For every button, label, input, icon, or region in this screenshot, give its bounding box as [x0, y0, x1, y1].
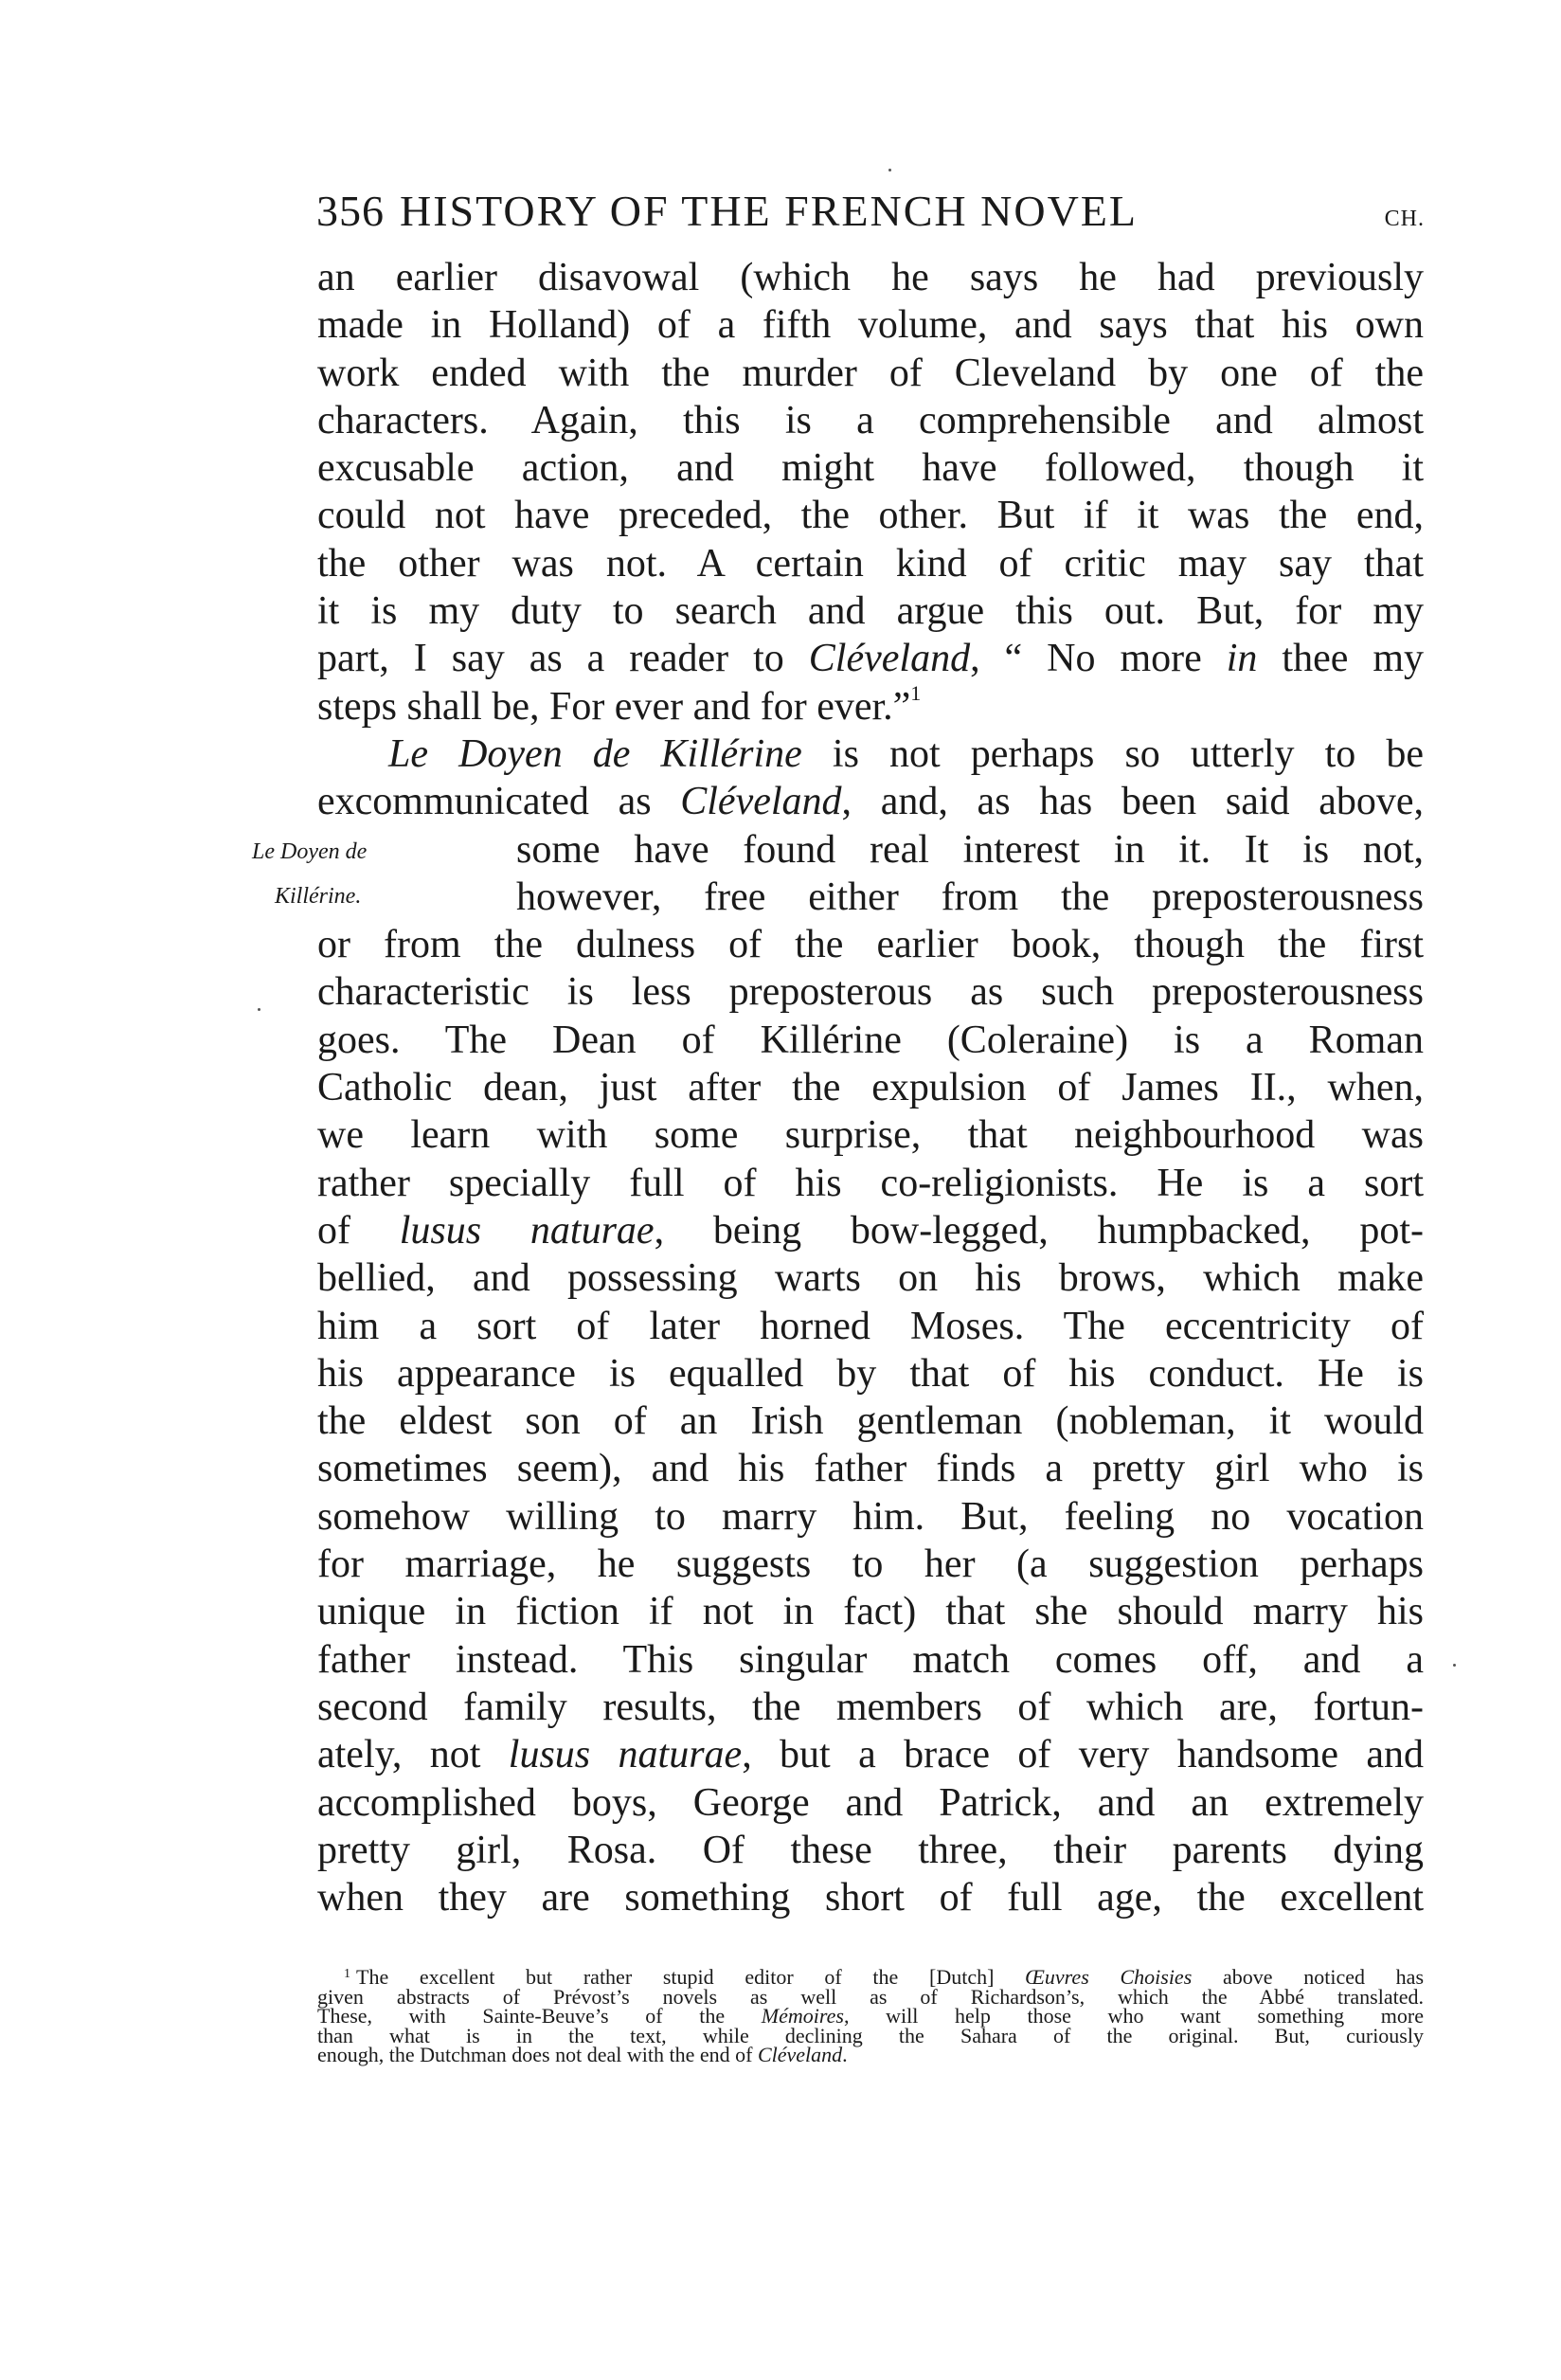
- body-line: we learn with some surprise, that neighb…: [317, 1111, 1424, 1159]
- body-line: Catholic dean, just after the expulsion …: [317, 1064, 1424, 1111]
- body-line: steps shall be, For ever and for ever.”1: [317, 683, 1424, 730]
- body-line: when they are something short of full ag…: [317, 1874, 1424, 1921]
- body-line: excommunicated as Cléveland, and, as has…: [317, 778, 1424, 825]
- body-line: part, I say as a reader to Cléveland, “ …: [317, 635, 1424, 682]
- text-run: ately, not: [317, 1733, 509, 1776]
- body-line: his appearance is equalled by that of hi…: [317, 1350, 1424, 1397]
- text-run: enough, the Dutchman does not deal with …: [317, 2043, 758, 2066]
- sidenote-line-1: Le Doyen de: [252, 839, 367, 865]
- footnote-reference[interactable]: 1: [910, 681, 921, 705]
- text-run: steps shall be, For ever and for ever.”: [317, 685, 910, 729]
- print-speck: [888, 169, 891, 171]
- body-line: rather specially full of his co-religion…: [317, 1160, 1424, 1207]
- text-run: part, I say as a reader to: [317, 637, 809, 680]
- body-line: accomplished boys, George and Patrick, a…: [317, 1779, 1424, 1827]
- body-line: pretty girl, Rosa. Of these three, their…: [317, 1827, 1424, 1874]
- body-line: made in Holland) of a fifth volume, and …: [317, 301, 1424, 349]
- body-line: Le Doyen de Killérine is not perhaps so …: [317, 730, 1424, 778]
- italic-title: Cléveland: [680, 780, 841, 823]
- body-text: an earlier disavowal (which he says he h…: [317, 254, 1424, 1921]
- body-line: or from the dulness of the earlier book,…: [317, 921, 1424, 968]
- footnote: 1The excellent but rather stupid editor …: [317, 1968, 1424, 2065]
- running-head: 356 HISTORY OF THE FRENCH NOVEL CH.: [316, 186, 1425, 243]
- body-line: characteristic is less preposterous as s…: [317, 968, 1424, 1016]
- text-run: , and, as has been said above,: [842, 780, 1424, 823]
- body-line: could not have preceded, the other. But …: [317, 492, 1424, 539]
- body-line: characters. Again, this is a comprehensi…: [317, 397, 1424, 444]
- text-run: , but a brace of very handsome and: [742, 1733, 1424, 1776]
- body-line: bellied, and possessing warts on his bro…: [317, 1254, 1424, 1302]
- text-run: excommunicated as: [317, 780, 680, 823]
- footnote-mark: 1: [344, 1967, 350, 1981]
- body-line: some have found real interest in it. It …: [317, 826, 1424, 874]
- body-line: sometimes seem), and his father finds a …: [317, 1445, 1424, 1492]
- chapter-abbreviation: CH.: [1385, 207, 1425, 232]
- book-title: HISTORY OF THE FRENCH NOVEL: [400, 186, 1138, 236]
- footnote-line: enough, the Dutchman does not deal with …: [317, 2046, 1424, 2065]
- italic-title: Cléveland: [809, 637, 970, 680]
- text-run: .: [842, 2043, 848, 2066]
- body-line: him a sort of later horned Moses. The ec…: [317, 1303, 1424, 1350]
- text-run: is not perhaps so utterly to be: [802, 732, 1424, 776]
- text-run: , being bow-legged, humpbacked, pot-: [655, 1209, 1424, 1253]
- print-speck: [1453, 1664, 1456, 1667]
- text-run: thee my: [1257, 637, 1424, 680]
- body-line: excusable action, and might have followe…: [317, 444, 1424, 492]
- body-line: somehow willing to marry him. But, feeli…: [317, 1493, 1424, 1541]
- body-line: ately, not lusus naturae, but a brace of…: [317, 1731, 1424, 1778]
- body-line: father instead. This singular match come…: [317, 1636, 1424, 1684]
- italic-title: in: [1227, 637, 1258, 680]
- body-line: the other was not. A certain kind of cri…: [317, 540, 1424, 587]
- body-line: unique in fiction if not in fact) that s…: [317, 1588, 1424, 1635]
- italic-title: lusus naturae: [400, 1209, 655, 1253]
- text-run: , “ No more: [970, 637, 1227, 680]
- body-line: second family results, the members of wh…: [317, 1684, 1424, 1731]
- body-line: for marriage, he suggests to her (a sugg…: [317, 1541, 1424, 1588]
- body-line: however, free either from the prepostero…: [317, 874, 1424, 921]
- text-run: of: [317, 1209, 400, 1253]
- body-line: the eldest son of an Irish gentleman (no…: [317, 1397, 1424, 1445]
- body-line: goes. The Dean of Killérine (Coleraine) …: [317, 1017, 1424, 1064]
- body-line: an earlier disavowal (which he says he h…: [317, 254, 1424, 301]
- print-speck: [258, 1008, 260, 1011]
- body-line: work ended with the murder of Cleveland …: [317, 350, 1424, 397]
- italic-title: Cléveland: [758, 2043, 842, 2066]
- sidenote-line-2: Killérine.: [275, 884, 361, 910]
- body-line: of lusus naturae, being bow-legged, hump…: [317, 1207, 1424, 1254]
- italic-title: Le Doyen de Killérine: [388, 732, 802, 776]
- book-page: 356 HISTORY OF THE FRENCH NOVEL CH. an e…: [0, 0, 1561, 2380]
- body-line: it is my duty to search and argue this o…: [317, 587, 1424, 635]
- italic-title: lusus naturae: [509, 1733, 742, 1776]
- page-number: 356: [316, 186, 385, 236]
